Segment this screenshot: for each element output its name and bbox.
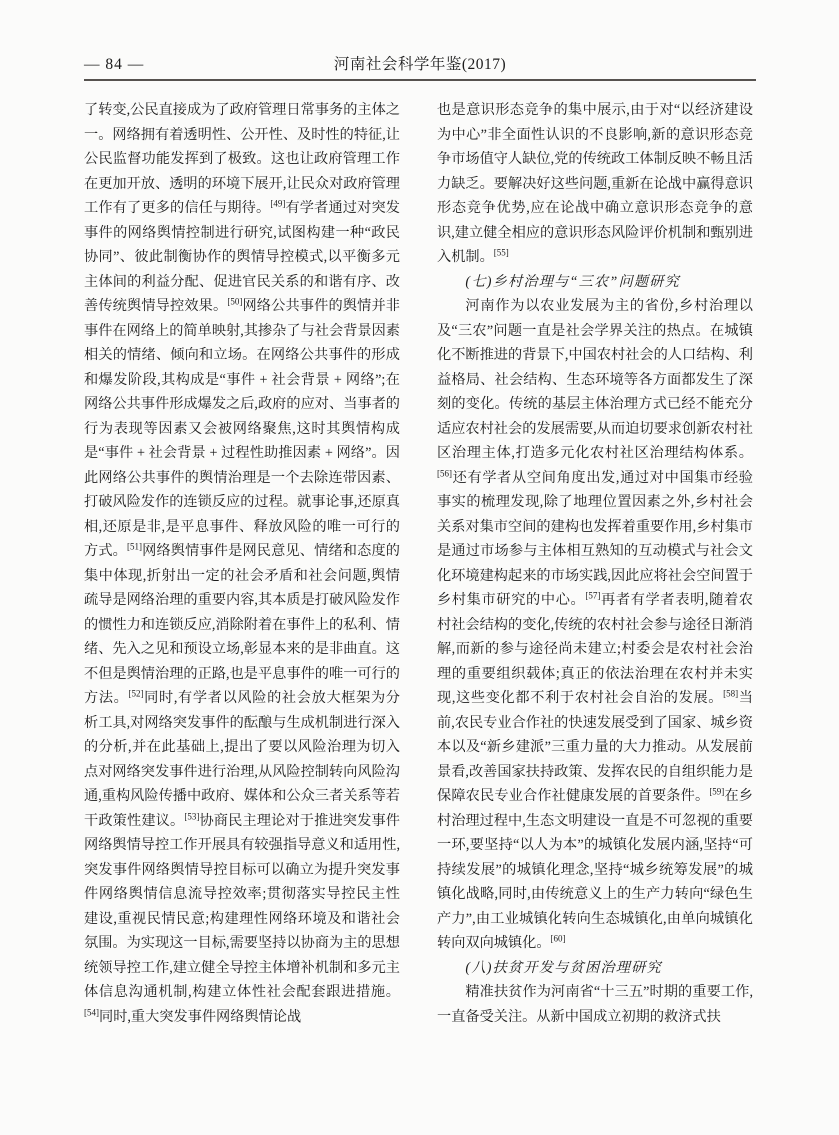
paragraph: 了转变,公民直接成为了政府管理日常事务的主体之一。网络拥有着透明性、公开性、及时… (84, 98, 400, 1029)
page-header: — 84 — 河南社会科学年鉴(2017) (84, 0, 756, 76)
citation-ref: [59] (709, 786, 724, 796)
citation-ref: [55] (494, 247, 509, 257)
right-column: 也是意识形态竞争的集中展示,由于对“以经济建设为中心”非全面性认识的不良影响,新… (437, 98, 753, 1073)
citation-ref: [56] (437, 468, 452, 478)
citation-ref: [58] (723, 688, 738, 698)
citation-ref: [52] (129, 688, 144, 698)
citation-ref: [49] (270, 198, 285, 208)
citation-ref: [51] (127, 541, 142, 551)
citation-ref: [60] (551, 933, 566, 943)
paragraph: 精准扶贫作为河南省“十三五”时期的重要工作,一直备受关注。从新中国成立初期的救济… (437, 980, 753, 1029)
citation-ref: [50] (227, 296, 242, 306)
citation-ref: [53] (184, 811, 199, 821)
citation-ref: [54] (84, 1007, 99, 1017)
section-heading: (八)扶贫开发与贫困治理研究 (437, 956, 753, 981)
document-page: — 84 — 河南社会科学年鉴(2017) 了转变,公民直接成为了政府管理日常事… (0, 0, 839, 1135)
page-number: — 84 — (84, 54, 144, 76)
paragraph: 河南作为以农业发展为主的省份,乡村治理以及“三农”问题一直是社会学界关注的热点。… (437, 294, 753, 956)
header-title: 河南社会科学年鉴(2017) (334, 56, 506, 73)
header-rule (84, 79, 756, 81)
citation-ref: [57] (585, 590, 600, 600)
page-body: 了转变,公民直接成为了政府管理日常事务的主体之一。网络拥有着透明性、公开性、及时… (84, 98, 756, 1073)
left-column: 了转变,公民直接成为了政府管理日常事务的主体之一。网络拥有着透明性、公开性、及时… (84, 98, 400, 1073)
section-heading: (七)乡村治理与“三农”问题研究 (437, 270, 753, 295)
paragraph: 也是意识形态竞争的集中展示,由于对“以经济建设为中心”非全面性认识的不良影响,新… (437, 98, 753, 270)
